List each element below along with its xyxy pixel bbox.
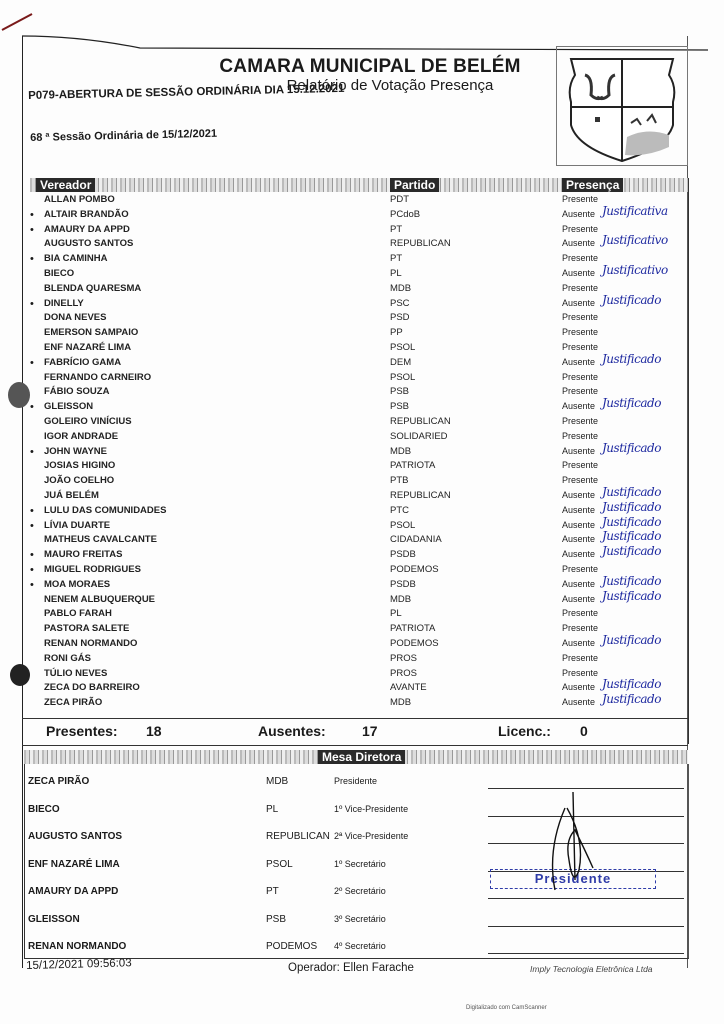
vereador-name: LÍVIA DUARTE xyxy=(44,520,110,531)
presence-status: Presente xyxy=(562,283,598,293)
presence-status: Presente xyxy=(562,224,598,234)
presence-status: Ausente xyxy=(562,520,595,530)
presence-status: Ausente xyxy=(562,357,595,367)
member-name: AUGUSTO SANTOS xyxy=(28,831,122,842)
row-marker: • xyxy=(30,224,34,236)
presence-status: Ausente xyxy=(562,238,595,248)
party: PSB xyxy=(390,386,409,397)
row-marker: • xyxy=(30,564,34,576)
party: PDT xyxy=(390,194,409,205)
presence-status: Ausente xyxy=(562,549,595,559)
presence-status: Presente xyxy=(562,312,598,322)
table-row: ZECA PIRÃOMDBAusenteJustificado xyxy=(0,697,724,712)
vereador-name: BIECO xyxy=(44,268,74,279)
vereador-name: DINELLY xyxy=(44,298,84,309)
presentes-label: Presentes: xyxy=(46,723,118,739)
member-name: GLEISSON xyxy=(28,914,80,925)
presence-status: Ausente xyxy=(562,682,595,692)
handwritten-note: Justificado xyxy=(602,544,661,558)
vereador-name: JOSIAS HIGINO xyxy=(44,460,115,471)
handwritten-note: Justificativa xyxy=(602,204,668,218)
presence-status: Presente xyxy=(562,608,598,618)
signature-line xyxy=(488,926,684,927)
member-name: ENF NAZARÉ LIMA xyxy=(28,859,120,870)
presence-status: Presente xyxy=(562,372,598,382)
presence-status: Ausente xyxy=(562,594,595,604)
vereador-name: NENEM ALBUQUERQUE xyxy=(44,594,155,605)
handwritten-note: Justificado xyxy=(602,293,661,307)
presence-status: Ausente xyxy=(562,401,595,411)
party: DEM xyxy=(390,357,411,368)
column-header-presenca: Presença xyxy=(562,178,623,192)
member-party: PODEMOS xyxy=(266,941,317,952)
party: PL xyxy=(390,608,402,619)
party: PSOL xyxy=(390,520,415,531)
column-header-vereador: Vereador xyxy=(36,178,95,192)
presence-status: Ausente xyxy=(562,697,595,707)
vereador-name: FÁBIO SOUZA xyxy=(44,386,109,397)
table-row: •FABRÍCIO GAMADEMAusenteJustificado xyxy=(0,357,724,372)
signature xyxy=(545,790,605,900)
vereador-name: MAURO FREITAS xyxy=(44,549,122,560)
handwritten-note: Justificado xyxy=(602,633,661,647)
party: PCdoB xyxy=(390,209,420,220)
presence-status: Ausente xyxy=(562,268,595,278)
table-row: •ALTAIR BRANDÃOPCdoBAusenteJustificativa xyxy=(0,209,724,224)
ausentes-label: Ausentes: xyxy=(258,723,326,739)
vereador-name: FABRÍCIO GAMA xyxy=(44,357,121,368)
vereador-name: ZECA DO BARREIRO xyxy=(44,682,140,693)
table-row: RONI GÁSPROSPresente xyxy=(0,653,724,668)
party: CIDADANIA xyxy=(390,534,442,545)
presence-status: Presente xyxy=(562,668,598,678)
party: PSDB xyxy=(390,549,416,560)
party: MDB xyxy=(390,697,411,708)
presence-status: Presente xyxy=(562,253,598,263)
vereador-name: IGOR ANDRADE xyxy=(44,431,118,442)
page-title: CAMARA MUNICIPAL DE BELÉM xyxy=(200,56,540,78)
scanner-watermark: Digitalizado com CamScanner xyxy=(466,1005,547,1011)
row-marker: • xyxy=(30,549,34,561)
handwritten-note: Justificado xyxy=(602,500,661,514)
member-role: 4º Secretário xyxy=(334,941,386,951)
member-party: PL xyxy=(266,804,278,815)
member-name: AMAURY DA APPD xyxy=(28,886,118,897)
member-role: 3º Secretário xyxy=(334,914,386,924)
vereador-name: JOHN WAYNE xyxy=(44,446,107,457)
vereador-name: ZECA PIRÃO xyxy=(44,697,102,708)
party: PSOL xyxy=(390,342,415,353)
table-row: •DINELLYPSCAusenteJustificado xyxy=(0,298,724,313)
handwritten-note: Justificado xyxy=(602,515,661,529)
party: PROS xyxy=(390,668,417,679)
party: PROS xyxy=(390,653,417,664)
handwritten-note: Justificado xyxy=(602,441,661,455)
member-party: MDB xyxy=(266,776,288,787)
party: PATRIOTA xyxy=(390,623,435,634)
party: PODEMOS xyxy=(390,638,439,649)
party: PSD xyxy=(390,312,410,323)
member-name: RENAN NORMANDO xyxy=(28,941,126,952)
presence-status: Presente xyxy=(562,342,598,352)
handwritten-note: Justificado xyxy=(602,396,661,410)
party: PT xyxy=(390,253,402,264)
ausentes-count: 17 xyxy=(362,723,378,739)
report-timestamp: 15/12/2021 09:56:03 xyxy=(26,957,132,972)
vereador-name: ALLAN POMBO xyxy=(44,194,115,205)
presence-status: Ausente xyxy=(562,579,595,589)
table-row: •JOHN WAYNEMDBAusenteJustificado xyxy=(0,446,724,461)
presence-status: Presente xyxy=(562,327,598,337)
presence-status: Presente xyxy=(562,431,598,441)
party: MDB xyxy=(390,594,411,605)
vereador-name: AUGUSTO SANTOS xyxy=(44,238,133,249)
table-row: EMERSON SAMPAIOPPPresente xyxy=(0,327,724,342)
vereador-name: LULU DAS COMUNIDADES xyxy=(44,505,166,516)
mesa-title: Mesa Diretora xyxy=(318,750,405,764)
party: PT xyxy=(390,224,402,235)
table-row: BIECOPLAusenteJustificativo xyxy=(0,268,724,283)
table-row: AUGUSTO SANTOSREPUBLICANAusenteJustifica… xyxy=(0,238,724,253)
presence-status: Ausente xyxy=(562,298,595,308)
row-marker: • xyxy=(30,401,34,413)
member-name: BIECO xyxy=(28,804,60,815)
signature-line xyxy=(488,953,684,954)
member-party: REPUBLICAN xyxy=(266,831,330,842)
table-row: PABLO FARAHPLPresente xyxy=(0,608,724,623)
handwritten-note: Justificado xyxy=(602,574,661,588)
vereador-name: JOÃO COELHO xyxy=(44,475,114,486)
pen-mark xyxy=(0,8,40,32)
handwritten-note: Justificado xyxy=(602,589,661,603)
vereador-name: AMAURY DA APPD xyxy=(44,224,130,235)
vereador-name: TÚLIO NEVES xyxy=(44,668,107,679)
presence-status: Presente xyxy=(562,653,598,663)
table-row: RENAN NORMANDOPODEMOSAusenteJustificado xyxy=(0,638,724,653)
row-marker: • xyxy=(30,298,34,310)
row-marker: • xyxy=(30,253,34,265)
party: REPUBLICAN xyxy=(390,238,451,249)
vereador-name: BIA CAMINHA xyxy=(44,253,108,264)
member-party: PSB xyxy=(266,914,286,925)
presentes-count: 18 xyxy=(146,723,162,739)
party: PP xyxy=(390,327,403,338)
presence-status: Presente xyxy=(562,564,598,574)
column-header-partido: Partido xyxy=(390,178,439,192)
member-party: PSOL xyxy=(266,859,293,870)
party: PSC xyxy=(390,298,410,309)
vereador-name: FERNANDO CARNEIRO xyxy=(44,372,151,383)
presence-status: Ausente xyxy=(562,490,595,500)
presence-status: Presente xyxy=(562,460,598,470)
vereador-name: ENF NAZARÉ LIMA xyxy=(44,342,131,353)
party: PSB xyxy=(390,401,409,412)
vereador-name: PABLO FARAH xyxy=(44,608,112,619)
party: MDB xyxy=(390,283,411,294)
party: AVANTE xyxy=(390,682,427,693)
member-role: 2º Secretário xyxy=(334,886,386,896)
presence-status: Ausente xyxy=(562,446,595,456)
vereador-name: ALTAIR BRANDÃO xyxy=(44,209,129,220)
vereador-name: JUÁ BELÉM xyxy=(44,490,99,501)
licenc-label: Licenc.: xyxy=(498,723,551,739)
presence-status: Presente xyxy=(562,416,598,426)
table-row: NENEM ALBUQUERQUEMDBAusenteJustificado xyxy=(0,594,724,609)
table-row: DONA NEVESPSDPresente xyxy=(0,312,724,327)
party: REPUBLICAN xyxy=(390,490,451,501)
vereador-name: PASTORA SALETE xyxy=(44,623,129,634)
party: PTC xyxy=(390,505,409,516)
presence-status: Ausente xyxy=(562,638,595,648)
hole-punch xyxy=(10,664,30,686)
party: PL xyxy=(390,268,402,279)
table-row: JOSIAS HIGINOPATRIOTAPresente xyxy=(0,460,724,475)
table-row: •MAURO FREITASPSDBAusenteJustificado xyxy=(0,549,724,564)
vereador-name: BLENDA QUARESMA xyxy=(44,283,141,294)
handwritten-note: Justificado xyxy=(602,352,661,366)
row-marker: • xyxy=(30,446,34,458)
member-role: 1º Vice-Presidente xyxy=(334,804,408,814)
table-row: GOLEIRO VINÍCIUSREPUBLICANPresente xyxy=(0,416,724,431)
handwritten-note: Justificado xyxy=(602,692,661,706)
party: PSDB xyxy=(390,579,416,590)
presence-status: Ausente xyxy=(562,505,595,515)
party: PATRIOTA xyxy=(390,460,435,471)
vereador-name: GOLEIRO VINÍCIUS xyxy=(44,416,132,427)
row-marker: • xyxy=(30,520,34,532)
handwritten-note: Justificado xyxy=(602,529,661,543)
vereador-name: DONA NEVES xyxy=(44,312,106,323)
vereador-name: RONI GÁS xyxy=(44,653,91,664)
handwritten-note: Justificado xyxy=(602,485,661,499)
presence-status: Presente xyxy=(562,386,598,396)
presence-status: Ausente xyxy=(562,209,595,219)
coat-of-arms-icon xyxy=(556,46,688,166)
row-marker: • xyxy=(30,357,34,369)
party: PSOL xyxy=(390,372,415,383)
presence-status: Presente xyxy=(562,194,598,204)
party: SOLIDARIED xyxy=(390,431,448,442)
presence-status: Presente xyxy=(562,475,598,485)
totals-bar: Presentes: 18 Ausentes: 17 Licenc.: 0 xyxy=(22,718,688,746)
vereador-name: GLEISSON xyxy=(44,401,93,412)
member-name: ZECA PIRÃO xyxy=(28,776,89,787)
row-marker: • xyxy=(30,579,34,591)
handwritten-note: Justificado xyxy=(602,677,661,691)
table-right-border xyxy=(688,178,689,744)
party: MDB xyxy=(390,446,411,457)
licenc-count: 0 xyxy=(580,723,588,739)
handwritten-note: Justificativo xyxy=(602,233,668,247)
vereador-name: RENAN NORMANDO xyxy=(44,638,137,649)
member-role: 2ª Vice-Presidente xyxy=(334,831,408,841)
hole-punch xyxy=(8,382,30,408)
table-row: •GLEISSONPSBAusenteJustificado xyxy=(0,401,724,416)
row-marker: • xyxy=(30,209,34,221)
presence-status: Ausente xyxy=(562,534,595,544)
party: REPUBLICAN xyxy=(390,416,451,427)
handwritten-note: Justificativo xyxy=(602,263,668,277)
vereador-name: MOA MORAES xyxy=(44,579,110,590)
member-role: Presidente xyxy=(334,776,377,786)
row-marker: • xyxy=(30,505,34,517)
member-party: PT xyxy=(266,886,279,897)
vereador-name: EMERSON SAMPAIO xyxy=(44,327,138,338)
table-row: FERNANDO CARNEIROPSOLPresente xyxy=(0,372,724,387)
vereador-name: MIGUEL RODRIGUES xyxy=(44,564,141,575)
operator-name: Operador: Ellen Farache xyxy=(288,962,414,974)
member-role: 1º Secretário xyxy=(334,859,386,869)
signature-line xyxy=(488,788,684,789)
party: PODEMOS xyxy=(390,564,439,575)
party: PTB xyxy=(390,475,408,486)
vereador-name: MATHEUS CAVALCANTE xyxy=(44,534,157,545)
presence-status: Presente xyxy=(562,623,598,633)
company-name: Imply Tecnologia Eletrônica Ltda xyxy=(530,964,653,974)
